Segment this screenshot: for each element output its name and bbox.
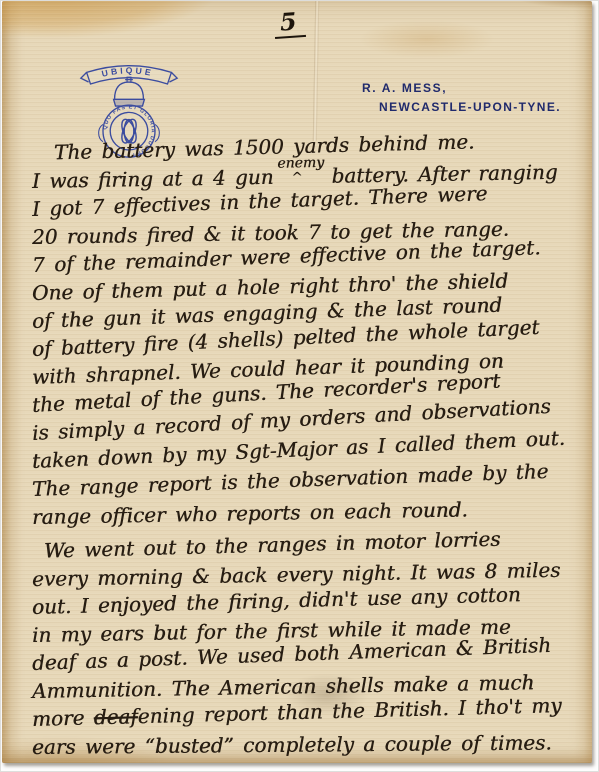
photo-frame: 5 xyxy=(0,0,599,772)
handwritten-body: The battery was 1500 yards behind me. I … xyxy=(32,139,580,761)
letterhead-city: NEWCASTLE-UPON-TYNE. xyxy=(379,100,561,114)
fold-crease xyxy=(313,1,319,141)
insertion: enemy^ xyxy=(274,182,332,184)
letterhead-mess-name: R. A. MESS, xyxy=(362,81,561,95)
handwritten-line: ears were “busted” completely a couple o… xyxy=(32,728,580,761)
line21-pre: more xyxy=(32,705,94,731)
letterhead: R. A. MESS, NEWCASTLE-UPON-TYNE. xyxy=(362,81,561,114)
letter-page: 5 xyxy=(2,1,592,763)
struck-out-word: deaf xyxy=(93,704,138,729)
page-number: 5 xyxy=(273,6,306,39)
